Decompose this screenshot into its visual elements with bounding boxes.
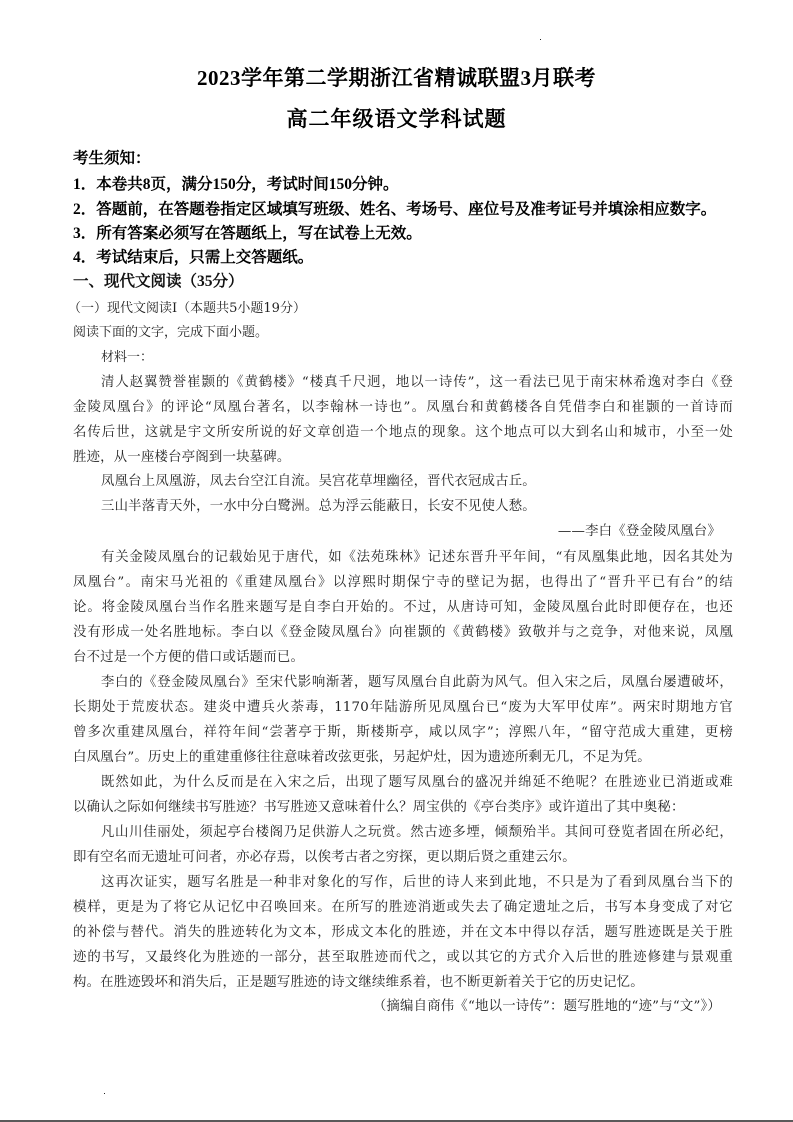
- passage-line: 没有形成一处名胜地标。李白以《登金陵凤凰台》向崔颢的《黄鹤楼》致敬并与之竞争，对…: [73, 621, 733, 640]
- exam-page: 2023学年第二学期浙江省精诚联盟3月联考 高二年级语文学科试题 考生须知： 1…: [0, 0, 793, 1122]
- passage-line: 曾多次重建凤凰台，祥符年间“尝著亭于斯，斯楼斯亭，咸以凤字”；淳熙八年，“留守范…: [73, 721, 733, 740]
- passage-line: 构。在胜迹毁坏和消失后，正是题写胜迹的诗文继续维系着，也不断更新着关于它的历史记…: [73, 971, 733, 990]
- passage-line: 长期处于荒废状态。建炎中遭兵火荼毒，1170年陆游所见凤凰台已“废为大军甲仗库”…: [73, 696, 733, 715]
- quote-line: 凡山川佳丽处，须起亭台楼阁乃足供游人之玩赏。然古迹多堙，倾颓殆半。其间可登览者固…: [101, 821, 733, 840]
- notice-item: 4．考试结束后，只需上交答题纸。: [73, 245, 733, 267]
- scan-speck: [104, 1093, 105, 1094]
- passage-line: 凤凰台”。南宋马光祖的《重建凤凰台》以淳熙时期保宁寺的壁记为据，也得出了“晋升平…: [73, 571, 733, 590]
- poem-line: 三山半落青天外，一水中分白鹭洲。总为浮云能蔽日，长安不见使人愁。: [101, 495, 733, 514]
- passage-line: 以确认之际如何继续书写胜迹？书写胜迹又意味着什么？周宝供的《亭台类序》或许道出了…: [73, 796, 733, 815]
- passage-line: 模样，更是为了将它从记忆中召唤回来。在所写的胜迹消逝或失去了确定遗址之后，书写本…: [73, 896, 733, 915]
- passage-line: 的补偿与替代。消失的胜迹转化为文本，形成文本化的胜迹，并在文本中得以存活，题写胜…: [73, 921, 733, 940]
- passage-line: 台不过是一个方便的借口或话题而已。: [73, 646, 733, 665]
- exam-subtitle: 高二年级语文学科试题: [0, 103, 793, 133]
- passage-line: 迹的书写，又最终化为胜迹的一部分，甚至取胜迹而代之，或以其它的方式介入后世的胜迹…: [73, 946, 733, 965]
- passage-line: 李白的《登金陵凤凰台》至宋代影响渐著，题写凤凰台自此蔚为风气。但入宋之后，凤凰台…: [101, 671, 733, 690]
- poem-attribution: ——李白《登金陵凤凰台》: [73, 520, 721, 539]
- passage-line: 名传后世，这就是宇文所安所说的好文章创造一个地点的现象。这个地点可以大到名山和城…: [73, 421, 733, 440]
- passage-line: 既然如此，为什么反而是在入宋之后，出现了题写凤凰台的盛况并绵延不绝呢？在胜迹业已…: [101, 771, 733, 790]
- passage-line: 白凤凰台”。历史上的重建重修往往意味着改弦更张，另起炉灶，因为遗迹所剩无几，不足…: [73, 746, 733, 765]
- exam-title: 2023学年第二学期浙江省精诚联盟3月联考: [0, 62, 793, 92]
- passage-line: 有关金陵凤凰台的记载始见于唐代，如《法苑珠林》记述东晋升平年间，“有凤凰集此地，…: [101, 546, 733, 565]
- passage-line: 胜迹，从一座楼台亭阁到一块墓碑。: [73, 446, 733, 465]
- subsection-heading: （一）现代文阅读Ⅰ（本题共5小题19分）: [68, 297, 728, 316]
- notice-item: 2．答题前，在答题卷指定区域填写班级、姓名、考场号、座位号及准考证号并填涂相应数…: [73, 197, 733, 219]
- material-label: 材料一：: [101, 346, 761, 365]
- notice-item: 3．所有答案必须写在答题纸上，写在试卷上无效。: [73, 221, 733, 243]
- scan-speck: [540, 39, 541, 40]
- passage-line: 清人赵翼赞誉崔颢的《黄鹤楼》“楼真千尺迥，地以一诗传”，这一看法已见于南宋林希逸…: [101, 371, 733, 390]
- notice-item: 1．本卷共8页，满分150分，考试时间150分钟。: [73, 172, 733, 194]
- section-heading: 一、现代文阅读（35分）: [73, 269, 733, 291]
- passage-line: 这再次证实，题写名胜是一种非对象化的写作，后世的诗人来到此地，不只是为了看到凤凰…: [101, 871, 733, 890]
- quote-line: 即有空名而无遗址可问者，亦必存焉，以俟考古者之穷探，更以期后贤之重建云尔。: [73, 846, 733, 865]
- notice-heading: 考生须知：: [73, 146, 733, 168]
- passage-line: 金陵凤凰台》的评论“凤凰台著名，以李翰林一诗也”。凤凰台和黄鹤楼各自凭借李白和崔…: [73, 396, 733, 415]
- source-citation: （摘编自商伟《“地以一诗传”：题写胜地的“迹”与“文”》）: [73, 995, 721, 1014]
- poem-line: 凤凰台上凤凰游，凤去台空江自流。吴宫花草埋幽径，晋代衣冠成古丘。: [101, 470, 733, 489]
- passage-line: 论。将金陵凤凰台当作名胜来题写是自李白开始的。不过，从唐诗可知，金陵凤凰台此时即…: [73, 596, 733, 615]
- instruction-text: 阅读下面的文字，完成下面小题。: [73, 321, 733, 340]
